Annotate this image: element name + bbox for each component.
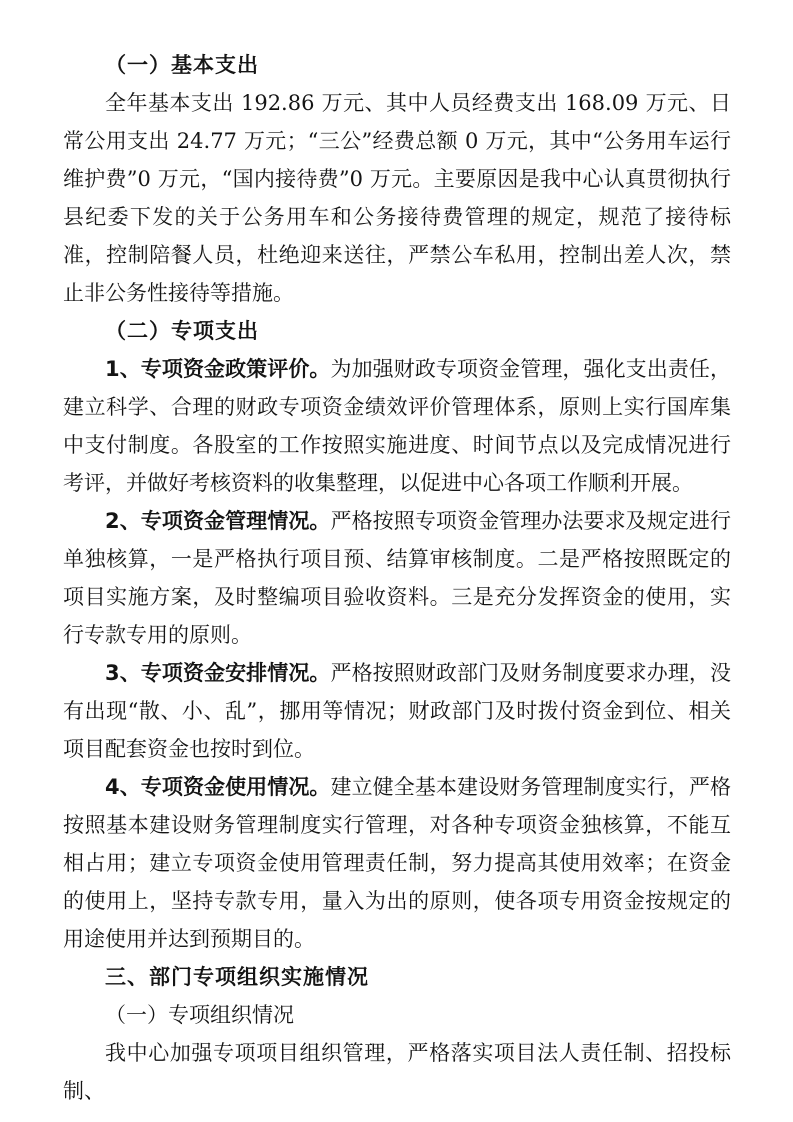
paragraph-text: 我中心加强专项项目组织管理，严格落实项目法人责任制、招投标制、: [63, 1041, 731, 1103]
paragraph-lead: 4、专项资金使用情况。: [105, 775, 331, 799]
paragraph-text: 建立健全基本建设财务管理制度实行，严格按照基本建设财务管理制度实行管理，对各种专…: [63, 775, 731, 951]
paragraph-basic-expenditure: 全年基本支出 192.86 万元、其中人员经费支出 168.09 万元、日常公用…: [63, 84, 731, 312]
heading-special-expenditure: （二）专项支出: [63, 312, 731, 350]
paragraph-fund-management: 2、专项资金管理情况。严格按照专项资金管理办法要求及规定进行单独核算，一是严格执…: [63, 502, 731, 654]
paragraph-fund-arrangement: 3、专项资金安排情况。严格按照财政部门及财务制度要求办理，没有出现“散、小、乱”…: [63, 654, 731, 768]
paragraph-text: 全年基本支出 192.86 万元、其中人员经费支出 168.09 万元、日常公用…: [63, 91, 731, 305]
paragraph-lead: 2、专项资金管理情况。: [105, 509, 331, 533]
paragraph-lead: 3、专项资金安排情况。: [105, 661, 331, 685]
paragraph-organization-management: 我中心加强专项项目组织管理，严格落实项目法人责任制、招投标制、: [63, 1034, 731, 1110]
subheading-organization-status: （一）专项组织情况: [63, 996, 731, 1034]
paragraph-fund-usage: 4、专项资金使用情况。建立健全基本建设财务管理制度实行，严格按照基本建设财务管理…: [63, 768, 731, 958]
document-page: （一）基本支出 全年基本支出 192.86 万元、其中人员经费支出 168.09…: [0, 0, 793, 1122]
paragraph-lead: 1、专项资金政策评价。: [105, 357, 331, 381]
heading-department-implementation: 三、部门专项组织实施情况: [63, 958, 731, 996]
paragraph-policy-evaluation: 1、专项资金政策评价。为加强财政专项资金管理，强化支出责任，建立科学、合理的财政…: [63, 350, 731, 502]
heading-basic-expenditure: （一）基本支出: [63, 46, 731, 84]
